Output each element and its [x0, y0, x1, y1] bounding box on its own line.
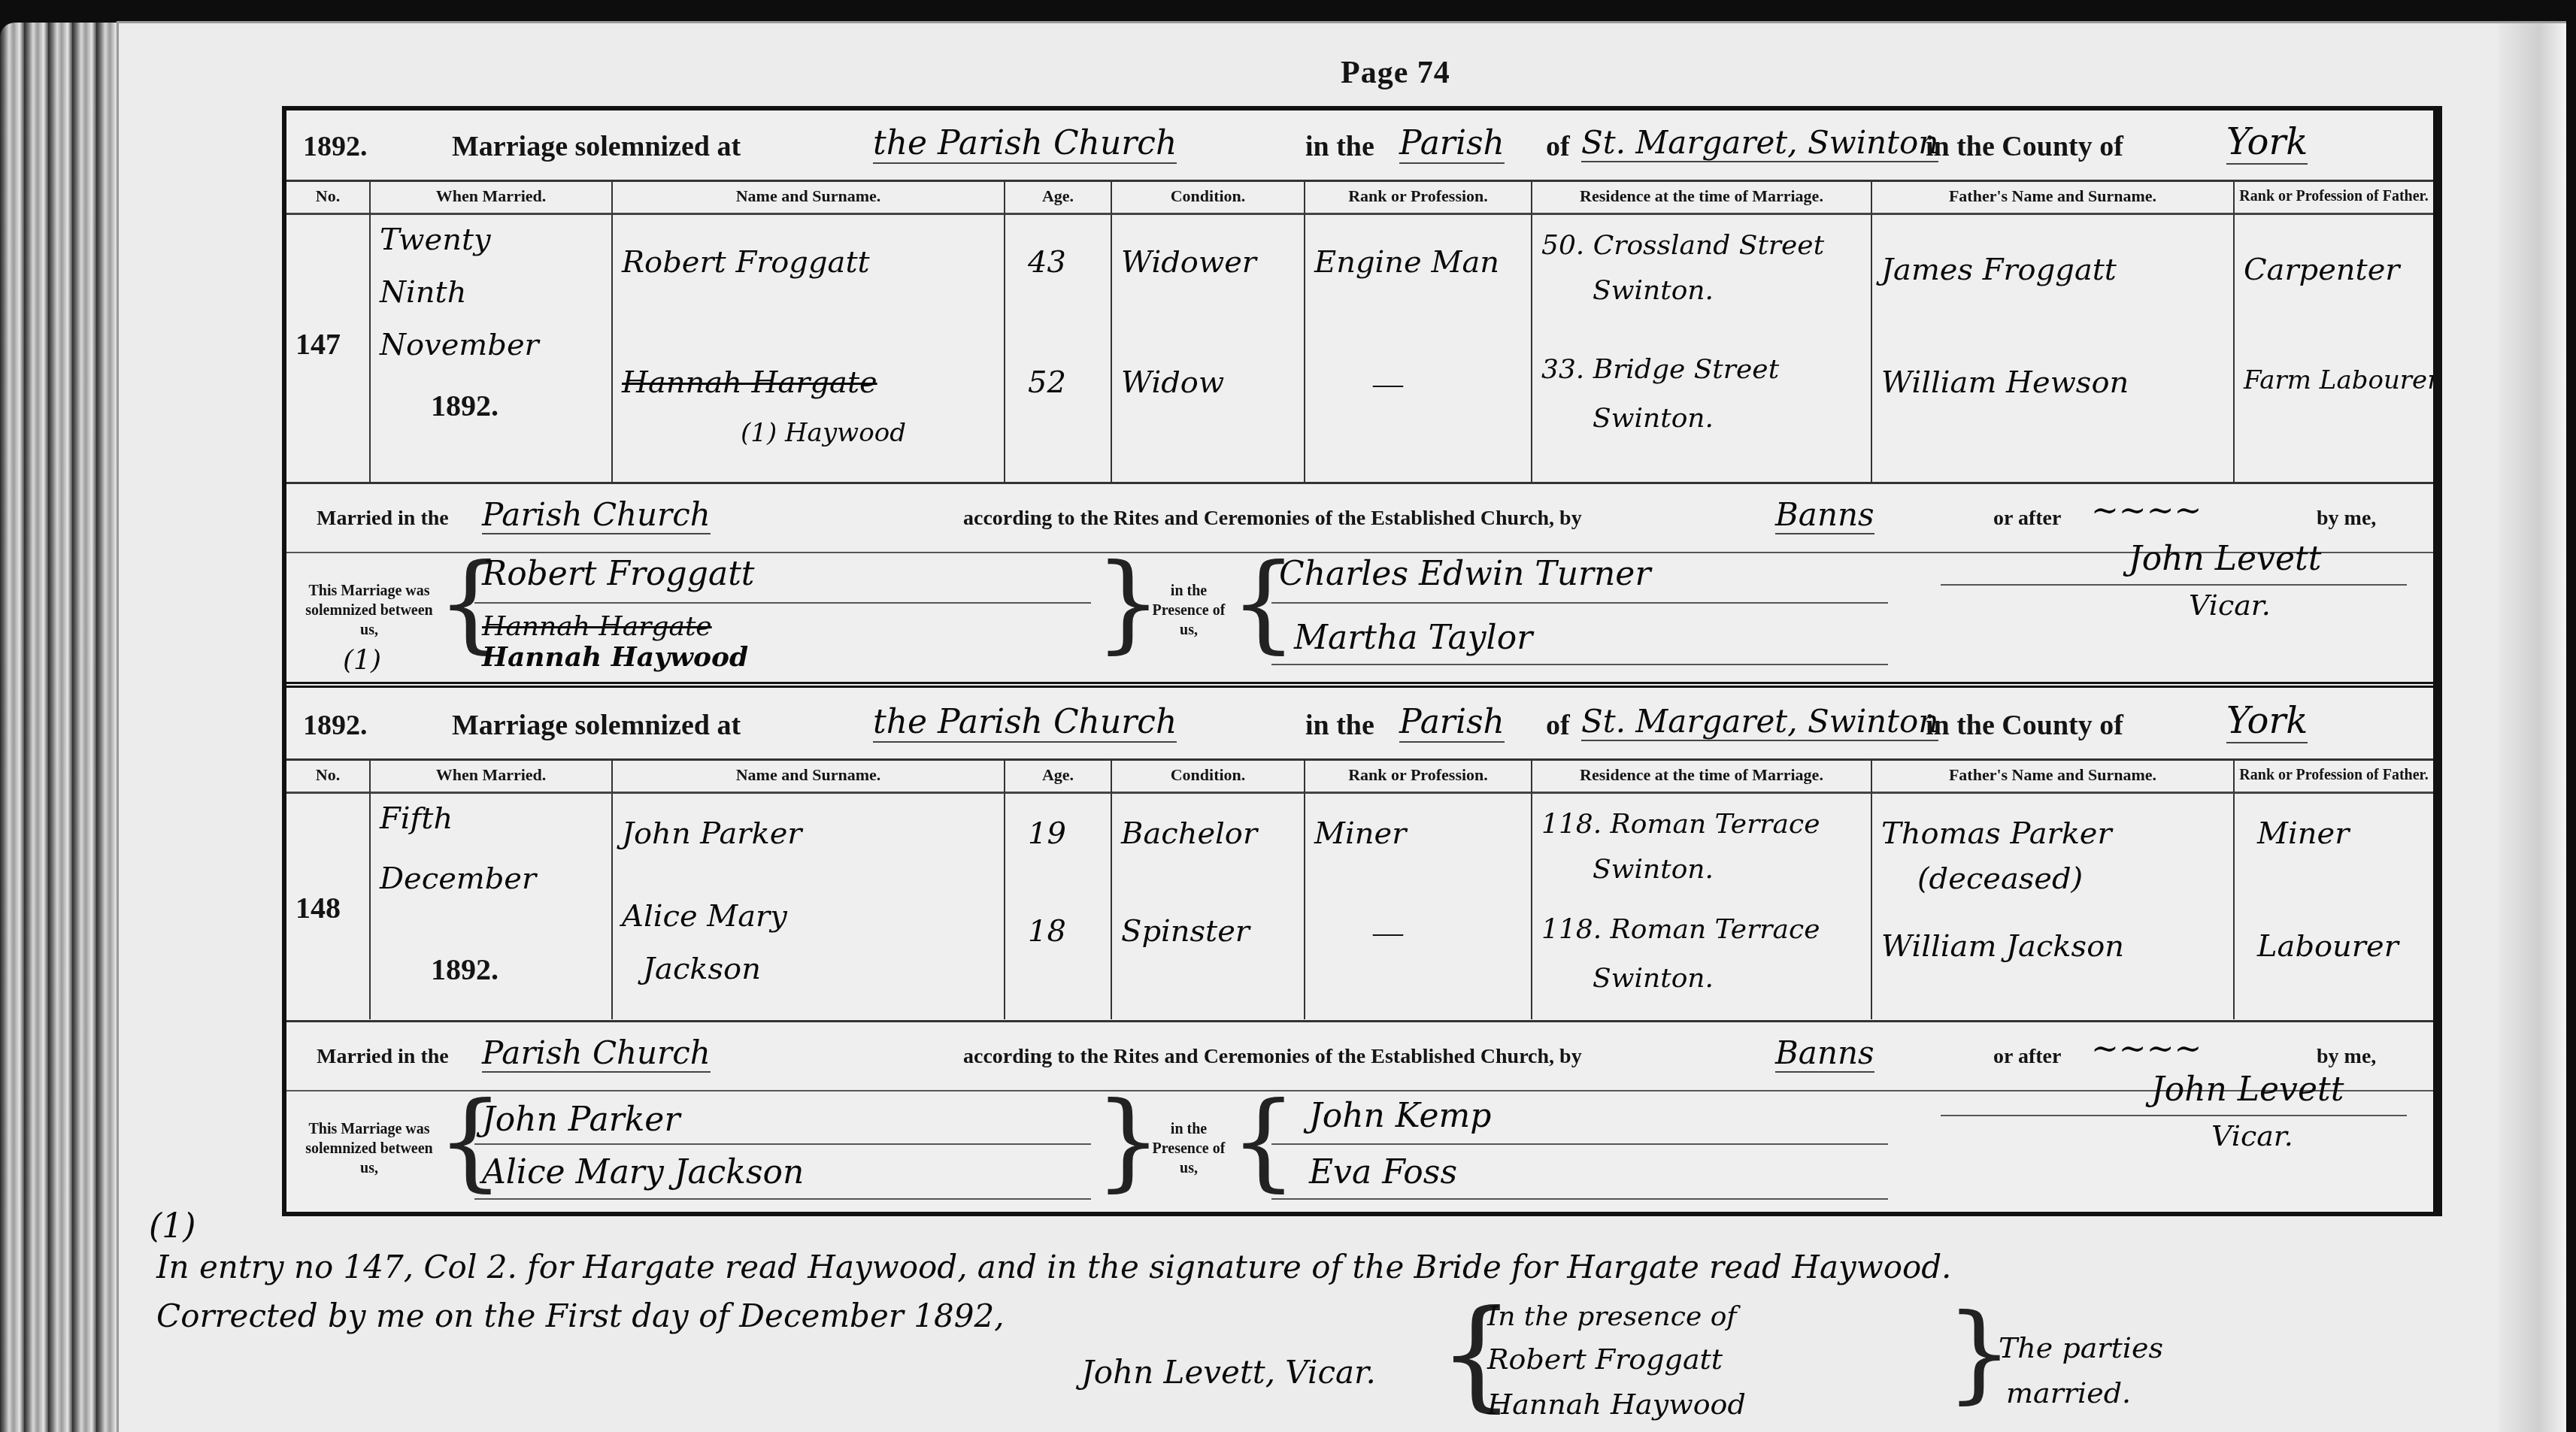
officiant-signature: John Levett	[2129, 540, 2321, 578]
signature-line	[474, 1143, 1091, 1145]
district-type: Parish	[1399, 124, 1505, 164]
married-in-place: Parish Church	[482, 1034, 711, 1073]
date-line: November	[380, 328, 539, 362]
witness-1-signature: Charles Edwin Turner	[1279, 555, 1650, 593]
witness-2-signature: Eva Foss	[1309, 1153, 1457, 1191]
groom-rank: Miner	[1314, 816, 1406, 851]
marriage-place: the Parish Church	[873, 703, 1177, 743]
cell-father-ranks: Miner Labourer	[2235, 794, 2433, 1019]
groom-rank: Engine Man	[1314, 245, 1499, 280]
col-head-condition: Condition.	[1112, 180, 1305, 215]
signature-line	[1271, 664, 1888, 665]
col-head-no: No.	[286, 180, 371, 215]
marriage-entry-147: 1892. Marriage solemnized at the Parish …	[286, 111, 2433, 688]
district-type: Parish	[1399, 703, 1505, 743]
bride-signature-struck: Hannah Hargate	[482, 611, 712, 642]
groom-father-rank: Carpenter	[2244, 253, 2399, 287]
married-in-line: Married in the Parish Church according t…	[286, 482, 2433, 553]
groom-signature: John Parker	[482, 1100, 680, 1139]
label-solemnized-between: This Marriage was solemnized between us,	[302, 581, 437, 640]
col-head-residence: Residence at the time of Marriage.	[1532, 180, 1872, 215]
correction-marker: (1)	[343, 645, 381, 676]
signature-line	[474, 602, 1091, 604]
printed-or-after: or after	[1993, 1045, 2061, 1069]
bride-age: 18	[1028, 914, 1066, 949]
printed-rites: according to the Rites and Ceremonies of…	[963, 507, 1582, 531]
groom-name: Robert Froggatt	[622, 245, 870, 280]
or-after-blank: ~~~~	[2091, 492, 2202, 530]
col-head-father-name: Father's Name and Surname.	[1872, 180, 2235, 215]
page-gutter-shadow	[2499, 23, 2566, 1432]
col-head-father-name: Father's Name and Surname.	[1872, 758, 2235, 794]
printed-by-me: by me,	[2317, 507, 2376, 531]
district-name: St. Margaret, Swinton	[1581, 703, 1938, 741]
signature-line	[1271, 1198, 1888, 1200]
signature-block: This Marriage was solemnized between us,…	[286, 1089, 2433, 1217]
married-by: Banns	[1775, 496, 1874, 534]
correction-witness-1: Robert Froggatt	[1487, 1343, 1723, 1376]
cell-when-married: Twenty Ninth November 1892.	[371, 215, 613, 482]
witness-1-signature: John Kemp	[1309, 1097, 1491, 1135]
officiant-title: Vicar.	[2211, 1119, 2293, 1152]
groom-residence: 118. Roman Terrace	[1541, 809, 1820, 840]
col-head-when: When Married.	[371, 758, 613, 794]
entry-title-line: 1892. Marriage solemnized at the Parish …	[286, 111, 2433, 182]
date-year: 1892.	[431, 388, 499, 423]
groom-name: John Parker	[622, 816, 802, 851]
groom-age: 19	[1028, 816, 1066, 851]
entry-year: 1892.	[303, 709, 368, 742]
signature-line	[1271, 1143, 1888, 1145]
bride-rank: —	[1373, 914, 1403, 949]
cell-father-names: Thomas Parker (deceased) William Jackson	[1872, 794, 2235, 1019]
cell-when-married: Fifth December 1892.	[371, 794, 613, 1019]
signature-block: This Marriage was solemnized between us,…	[286, 551, 2433, 679]
brace-icon: {	[1230, 1089, 1297, 1194]
bride-father-name: William Jackson	[1881, 929, 2124, 964]
cell-names: John Parker Alice Mary Jackson	[613, 794, 1005, 1019]
date-line: Fifth	[380, 801, 453, 836]
marriage-register-frame: 1892. Marriage solemnized at the Parish …	[282, 106, 2442, 1216]
printed-solemnized-at: Marriage solemnized at	[452, 130, 741, 163]
label-in-presence: in the Presence of us,	[1147, 581, 1230, 640]
date-line: Ninth	[380, 275, 466, 310]
col-head-rank: Rank or Profession.	[1305, 758, 1532, 794]
col-head-rank: Rank or Profession.	[1305, 180, 1532, 215]
bride-residence-town: Swinton.	[1593, 403, 1714, 434]
cell-ranks: Miner —	[1305, 794, 1532, 1019]
label-in-presence: in the Presence of us,	[1147, 1119, 1230, 1178]
label-solemnized-between: This Marriage was solemnized between us,	[302, 1119, 437, 1178]
correction-signed-by: John Levett, Vicar.	[1081, 1354, 1376, 1391]
entry-number: 147	[295, 326, 341, 362]
groom-residence-town: Swinton.	[1593, 275, 1714, 306]
bride-residence: 33. Bridge Street	[1541, 354, 1779, 385]
cell-ranks: Engine Man —	[1305, 215, 1532, 482]
bride-father-name: William Hewson	[1881, 365, 2129, 400]
printed-rites: according to the Rites and Ceremonies of…	[963, 1045, 1582, 1069]
printed-of: of	[1546, 130, 1570, 163]
officiant-title: Vicar.	[2189, 589, 2271, 622]
printed-or-after: or after	[1993, 507, 2061, 531]
bride-name-correction: (1) Haywood	[741, 418, 906, 448]
signature-line	[1271, 602, 1888, 604]
groom-father-note: (deceased)	[1917, 861, 2083, 896]
printed-married-in: Married in the	[317, 1045, 449, 1069]
county-name: York	[2226, 700, 2308, 743]
groom-father-name: Thomas Parker	[1881, 816, 2112, 851]
bride-father-rank: Labourer	[2257, 929, 2399, 964]
cell-residences: 50. Crossland Street Swinton. 33. Bridge…	[1532, 215, 1872, 482]
bride-rank: —	[1373, 365, 1403, 401]
marriage-place: the Parish Church	[873, 124, 1177, 164]
bride-father-rank: Farm Labourer	[2244, 365, 2433, 395]
groom-signature: Robert Froggatt	[482, 555, 755, 593]
groom-father-name: James Froggatt	[1881, 253, 2117, 287]
cell-no: 147	[286, 215, 371, 482]
groom-residence-town: Swinton.	[1593, 854, 1714, 885]
bride-condition: Widow	[1121, 365, 1224, 400]
signature-line	[474, 1198, 1091, 1200]
page-number: Page 74	[1341, 55, 1450, 91]
register-page: Page 74 1892. Marriage solemnized at the…	[117, 21, 2566, 1432]
bride-name: Alice Mary	[622, 899, 787, 934]
bride-condition: Spinster	[1121, 914, 1250, 949]
county-name: York	[2226, 121, 2308, 165]
col-head-age: Age.	[1005, 758, 1112, 794]
printed-married-in: Married in the	[317, 507, 449, 531]
groom-age: 43	[1028, 245, 1066, 280]
signature-line	[1941, 584, 2407, 586]
printed-of: of	[1546, 709, 1570, 742]
cell-conditions: Widower Widow	[1112, 215, 1305, 482]
entry-number: 148	[295, 890, 341, 925]
correction-parties-label-2: married.	[2006, 1376, 2131, 1409]
col-head-name: Name and Surname.	[613, 758, 1005, 794]
correction-note-line-2: Corrected by me on the First day of Dece…	[156, 1297, 1005, 1334]
groom-condition: Widower	[1121, 245, 1256, 280]
correction-note-line-1: In entry no 147, Col 2. for Hargate read…	[156, 1249, 1951, 1285]
married-by: Banns	[1775, 1034, 1874, 1073]
printed-in-the: in the	[1305, 130, 1374, 163]
groom-residence: 50. Crossland Street	[1541, 230, 1824, 261]
bride-surname: Jackson	[643, 952, 761, 986]
col-head-condition: Condition.	[1112, 758, 1305, 794]
date-line: Twenty	[380, 223, 491, 257]
cell-residences: 118. Roman Terrace Swinton. 118. Roman T…	[1532, 794, 1872, 1019]
printed-county-of: in the County of	[1926, 130, 2123, 163]
cell-ages: 19 18	[1005, 794, 1112, 1019]
cell-no: 148	[286, 794, 371, 1019]
officiant-signature: John Levett	[2151, 1070, 2344, 1109]
book-page-edges	[0, 23, 132, 1432]
or-after-blank: ~~~~	[2091, 1030, 2202, 1068]
bride-signature: Alice Mary Jackson	[482, 1153, 804, 1191]
signature-line	[1941, 1115, 2407, 1116]
col-head-residence: Residence at the time of Marriage.	[1532, 758, 1872, 794]
col-head-father-rank: Rank or Profession of Father.	[2235, 758, 2433, 794]
date-year: 1892.	[431, 952, 499, 987]
printed-solemnized-at: Marriage solemnized at	[452, 709, 741, 742]
correction-marker: (1)	[149, 1207, 195, 1246]
entry-title-line: 1892. Marriage solemnized at the Parish …	[286, 689, 2433, 761]
groom-condition: Bachelor	[1121, 816, 1257, 851]
married-in-line: Married in the Parish Church according t…	[286, 1020, 2433, 1091]
bride-name-struck: Hannah Hargate	[622, 365, 877, 400]
col-head-no: No.	[286, 758, 371, 794]
col-head-father-rank: Rank or Profession of Father.	[2235, 180, 2433, 215]
date-line: December	[380, 861, 536, 896]
printed-county-of: in the County of	[1926, 709, 2123, 742]
married-in-place: Parish Church	[482, 496, 711, 534]
bride-signature: Hannah Haywood	[482, 641, 748, 673]
correction-parties-label: The parties	[1999, 1331, 2163, 1364]
entry-year: 1892.	[303, 130, 368, 163]
bride-residence-town: Swinton.	[1593, 963, 1714, 994]
witness-2-signature: Martha Taylor	[1294, 619, 1532, 657]
printed-by-me: by me,	[2317, 1045, 2376, 1069]
correction-presence-label: In the presence of	[1487, 1301, 1737, 1332]
cell-conditions: Bachelor Spinster	[1112, 794, 1305, 1019]
bride-age: 52	[1028, 365, 1066, 400]
col-head-when: When Married.	[371, 180, 613, 215]
printed-in-the: in the	[1305, 709, 1374, 742]
cell-ages: 43 52	[1005, 215, 1112, 482]
cell-father-ranks: Carpenter Farm Labourer	[2235, 215, 2433, 482]
correction-witness-2: Hannah Haywood	[1487, 1388, 1746, 1421]
cell-father-names: James Froggatt William Hewson	[1872, 215, 2235, 482]
marriage-entry-148: 1892. Marriage solemnized at the Parish …	[286, 689, 2433, 1212]
bride-residence: 118. Roman Terrace	[1541, 914, 1820, 945]
cell-names: Robert Froggatt Hannah Hargate (1) Haywo…	[613, 215, 1005, 482]
col-head-age: Age.	[1005, 180, 1112, 215]
groom-father-rank: Miner	[2257, 816, 2349, 851]
district-name: St. Margaret, Swinton	[1581, 124, 1938, 162]
col-head-name: Name and Surname.	[613, 180, 1005, 215]
